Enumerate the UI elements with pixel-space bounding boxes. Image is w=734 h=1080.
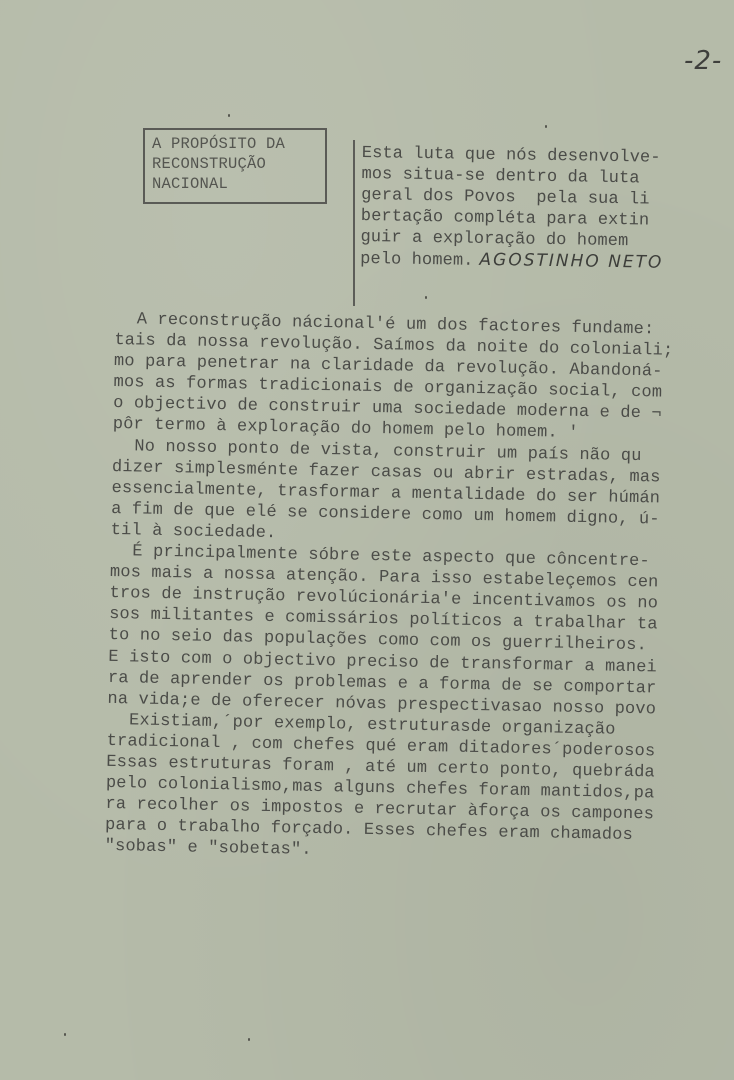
epigraph-quote: Esta luta que nós desenvolve- mos situa-… — [360, 143, 722, 276]
paper-speck — [228, 114, 230, 117]
paper-speck — [545, 125, 547, 128]
title-box: A PROPÓSITO DA RECONSTRUÇÃO NACIONAL — [143, 128, 327, 204]
title-line: A PROPÓSITO DA — [152, 134, 325, 154]
title-line: NACIONAL — [152, 174, 325, 194]
epigraph-line-text: pelo homem. — [360, 250, 474, 271]
paper-speck — [64, 1033, 66, 1036]
epigraph-divider — [353, 140, 355, 306]
body-text: A reconstrução nácional'é um dos factore… — [104, 309, 734, 869]
title-line: RECONSTRUÇÃO — [152, 154, 325, 174]
paper-speck — [425, 296, 427, 299]
epigraph-last-line: pelo homem.AGOSTINHO NETO — [360, 248, 720, 276]
paper-speck — [248, 1038, 250, 1041]
page-number: -2- — [684, 46, 722, 76]
epigraph-signature: AGOSTINHO NETO — [479, 250, 663, 273]
